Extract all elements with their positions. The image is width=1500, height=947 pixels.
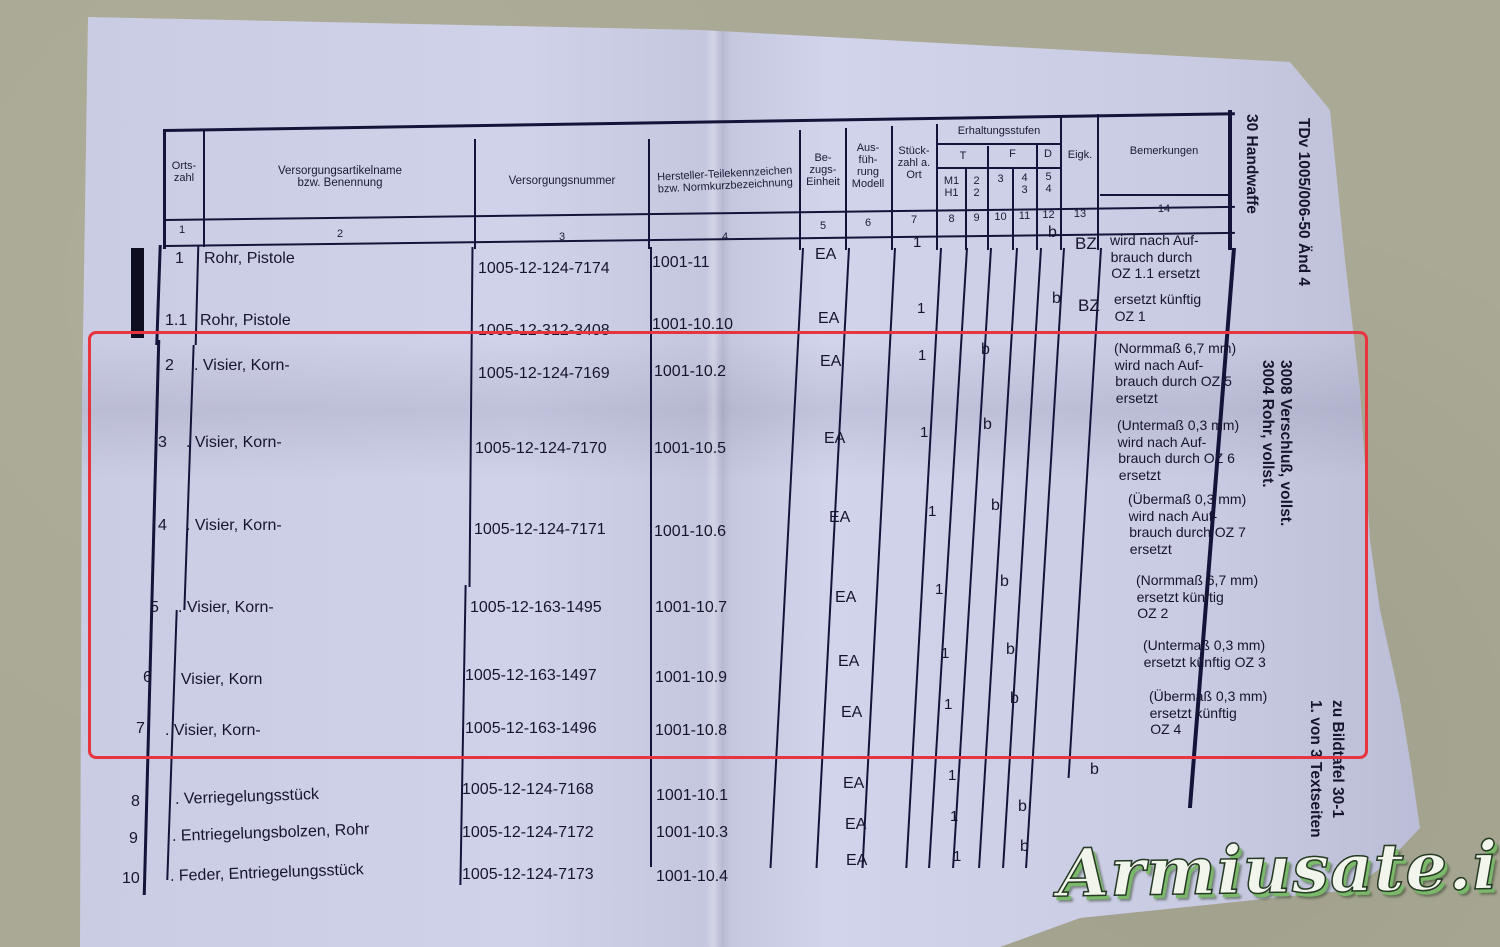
- cell-versorgungsnummer: 1005-12-124-7173: [462, 866, 594, 884]
- header-group-t: T: [938, 150, 988, 162]
- header-stufe-8: M1H1: [938, 175, 965, 199]
- cell-ortszahl: 1.1: [165, 312, 187, 330]
- cell-bezugseinheit: EA: [843, 775, 864, 793]
- cell-hersteller-kennzeichen: 1001-11: [652, 254, 710, 272]
- document-reference: TDv 1005/006-50 Änd 4: [1294, 118, 1312, 286]
- cell-erhaltungsstufe: b: [1018, 798, 1027, 816]
- cell-stueckzahl: 1: [953, 848, 961, 865]
- cell-eigk: BZ: [1075, 234, 1097, 254]
- cell-artikelname: Rohr, Pistole: [200, 312, 291, 330]
- cell-erhaltungsstufe: b: [1090, 761, 1099, 779]
- cell-bemerkung-line: ersetzt künftig: [1114, 291, 1201, 307]
- cell-bemerkung-line: wird nach Auf-: [1110, 232, 1199, 248]
- header-stueckzahl: Stück-zahl a.Ort: [892, 145, 936, 181]
- cell-bemerkung-line: OZ 1: [1115, 308, 1146, 324]
- cell-erhaltungsstufe: b: [1020, 838, 1029, 856]
- highlight-box: [88, 331, 1368, 759]
- cell-eigk: BZ: [1078, 296, 1100, 316]
- header-bemerkungen: Bemerkungen: [1100, 145, 1228, 157]
- change-marker-bar: [131, 248, 144, 338]
- cell-hersteller-kennzeichen: 1001-10.1: [656, 787, 728, 805]
- cell-ortszahl: 1: [175, 250, 184, 268]
- section-title: 30 Handwaffe: [1242, 114, 1260, 214]
- cell-artikelname: . Entriegelungsbolzen, Rohr: [172, 821, 370, 846]
- cell-artikelname: . Verriegelungsstück: [175, 786, 320, 809]
- header-ausfuehrung: Aus-füh-rungModell: [846, 142, 890, 190]
- header-hersteller: Hersteller-Teilekennzeichenbzw. Normkurz…: [649, 164, 800, 196]
- watermark-logo: Armiusate.it: [1057, 826, 1500, 912]
- header-bezugseinheit: Be-zugs-Einheit: [801, 152, 845, 188]
- cell-bezugseinheit: EA: [846, 852, 867, 870]
- cell-ortszahl: 10: [122, 870, 140, 888]
- cell-artikelname: . Feder, Entriegelungsstück: [170, 861, 364, 886]
- cell-erhaltungsstufe: b: [1048, 224, 1057, 242]
- cell-hersteller-kennzeichen: 1001-10.3: [656, 824, 728, 842]
- header-ortszahl: Orts- zahl: [167, 160, 201, 184]
- header-stufe-10: 3: [989, 173, 1012, 185]
- header-stufe-11: 43: [1013, 172, 1036, 196]
- header-artikelname: Versorgungsartikelnamebzw. Benennung: [206, 165, 474, 189]
- header-group-f: F: [989, 148, 1036, 160]
- cell-stueckzahl: 1: [917, 300, 925, 317]
- header-group-d: D: [1037, 148, 1059, 160]
- cell-versorgungsnummer: 1005-12-124-7174: [478, 260, 610, 278]
- cell-stueckzahl: 1: [950, 808, 958, 825]
- cell-versorgungsnummer: 1005-12-124-7168: [462, 781, 594, 799]
- cell-ortszahl: 8: [131, 793, 140, 811]
- cell-bemerkung-line: OZ 1.1 ersetzt: [1111, 265, 1200, 281]
- cell-stueckzahl: 1: [948, 767, 956, 784]
- header-stufe-12: 54: [1037, 171, 1060, 195]
- cell-stueckzahl: 1: [913, 234, 921, 251]
- cell-hersteller-kennzeichen: 1001-10.4: [656, 868, 728, 886]
- cell-ortszahl: 9: [129, 830, 138, 848]
- header-stufe-9: 22: [966, 175, 987, 199]
- cell-erhaltungsstufe: b: [1052, 290, 1061, 308]
- cell-bemerkung-line: brauch durch: [1111, 249, 1193, 265]
- header-versorgungsnummer: Versorgungsnummer: [476, 175, 648, 187]
- header-eigk: Eigk.: [1062, 149, 1098, 161]
- header-erhaltungsstufen: Erhaltungsstufen: [938, 125, 1060, 137]
- cell-bezugseinheit: EA: [818, 310, 839, 328]
- cell-versorgungsnummer: 1005-12-124-7172: [462, 824, 594, 842]
- cell-artikelname: Rohr, Pistole: [204, 250, 295, 268]
- cell-bezugseinheit: EA: [845, 816, 866, 834]
- cell-bezugseinheit: EA: [815, 246, 836, 264]
